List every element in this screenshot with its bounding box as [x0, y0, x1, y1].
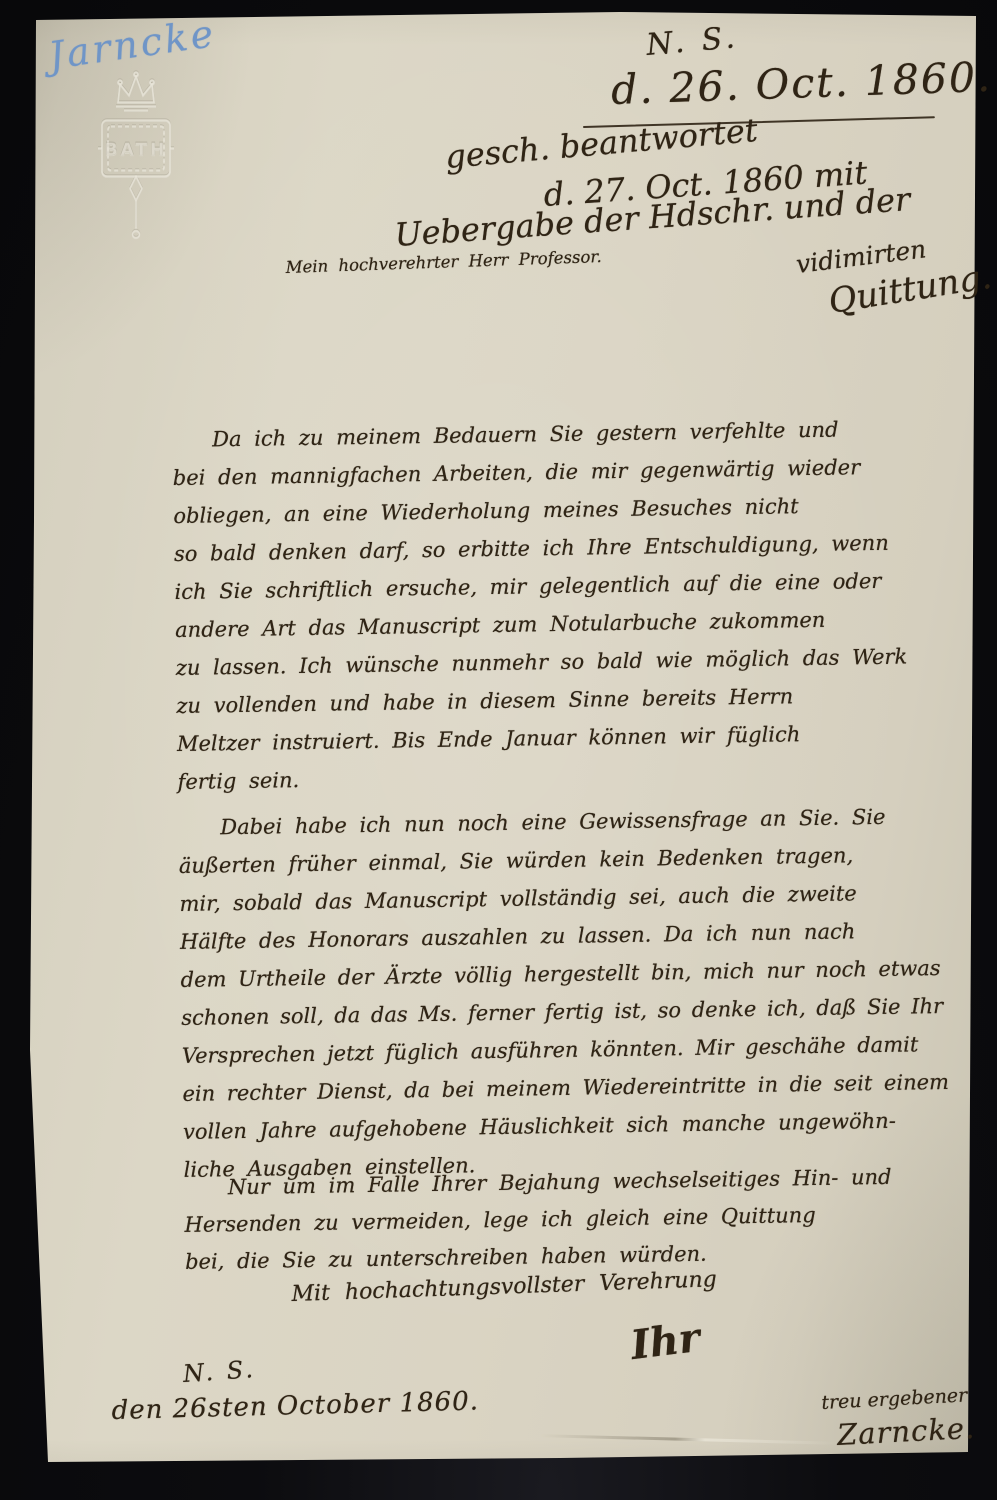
letter-line: obliegen, an eine Wiederholung meines Be…	[173, 494, 799, 528]
letter-line: dem Urtheile der Ärzte völlig hergestell…	[180, 956, 940, 992]
letter-line: ein rechter Dienst, da bei meinem Wieder…	[182, 1070, 949, 1106]
signature: Zarncke.	[836, 1411, 976, 1452]
crown-icon	[116, 72, 156, 110]
stamp-text: BATH	[105, 140, 168, 160]
letter-line: zu vollenden und habe in diesem Sinne be…	[176, 684, 793, 718]
letter-line: fertig sein.	[177, 768, 299, 794]
letter-line: bei den mannigfachen Arbeiten, die mir g…	[173, 455, 861, 490]
letter-line: bei, die Sie zu unterschreiben haben wür…	[185, 1242, 707, 1274]
letter-line: zu lassen. Ich wünsche nunmehr so bald w…	[176, 644, 908, 679]
letter-body: Da ich zu meinem Bedauern Sie gestern ve…	[172, 415, 986, 1297]
letter-line: Dabei habe ich nun noch eine Gewissensfr…	[220, 805, 886, 839]
letter-line: Versprechen jetzt füglich ausführen könn…	[182, 1032, 919, 1068]
letter-line: so bald denken darf, so erbitte ich Ihre…	[174, 531, 889, 566]
embossed-stamp: BATH	[84, 62, 188, 252]
postscript-initials: N. S.	[182, 1355, 257, 1388]
letter-line: andere Art das Manuscript zum Notularbuc…	[175, 608, 826, 642]
closing-pronoun: Ihr	[628, 1314, 702, 1369]
letter-line: vollen Jahre aufgehobene Häuslichkeit si…	[183, 1109, 896, 1144]
letter-line: äußerten früher einmal, Sie würden kein …	[179, 843, 854, 878]
letter-line: ich Sie schriftlich ersuche, mir gelegen…	[174, 569, 881, 604]
letter-line: mir, sobald das Manuscript vollständig s…	[179, 881, 857, 916]
letter-line: schonen soll, da das Ms. ferner fertig i…	[181, 994, 943, 1030]
letter-line: Meltzer instruiert. Bis Ende Januar könn…	[177, 722, 801, 756]
letter-line: Hersenden zu vermeiden, lege ich gleich …	[184, 1203, 816, 1237]
scan-stage: BATH Jarncke N. S. d. 26. Oct. 1860. ges…	[0, 0, 997, 1500]
letter-line: Hälfte des Honorars auszahlen zu lassen.…	[180, 919, 856, 954]
stamp-pendant	[130, 176, 142, 238]
